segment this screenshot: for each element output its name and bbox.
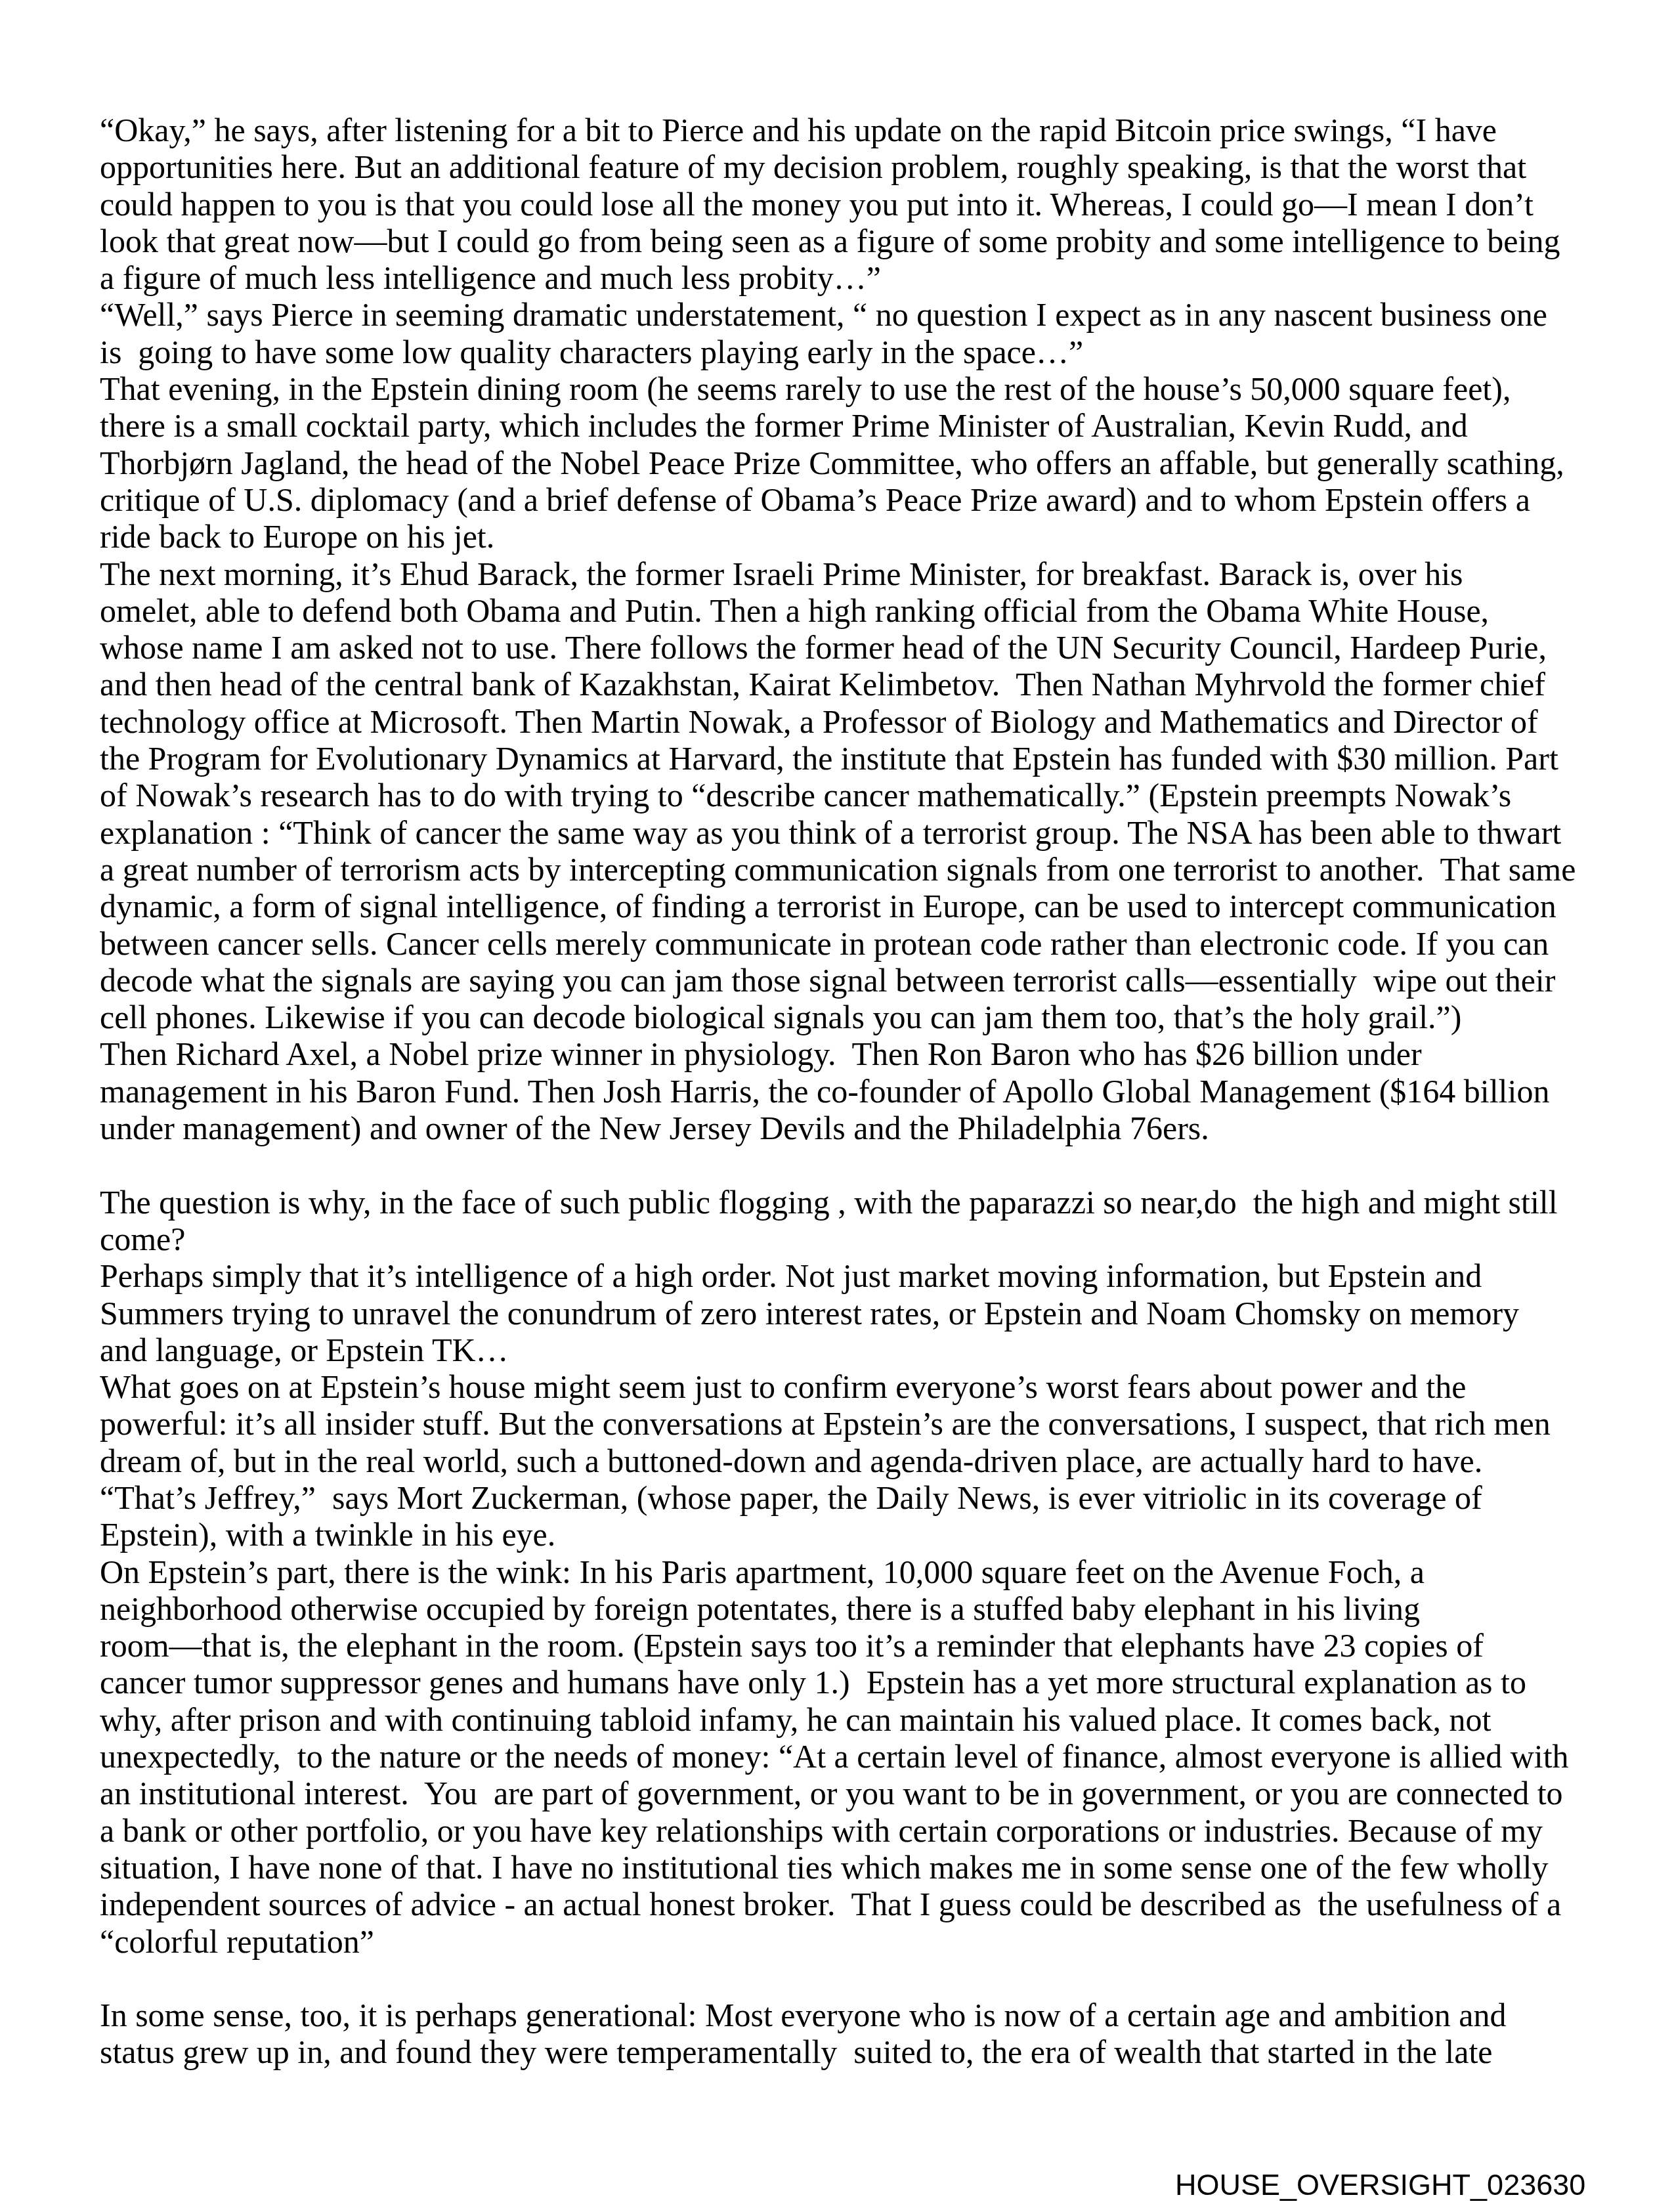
text-line: neighborhood otherwise occupied by forei… (100, 1590, 1610, 1627)
text-line: why, after prison and with continuing ta… (100, 1701, 1610, 1738)
text-line: cancer tumor suppressor genes and humans… (100, 1664, 1610, 1701)
text-line: a bank or other portfolio, or you have k… (100, 1812, 1610, 1849)
paragraph-the-question: The question is why, in the face of such… (100, 1184, 1610, 1258)
text-line: That evening, in the Epstein dining room… (100, 370, 1610, 407)
bates-stamp: HOUSE_OVERSIGHT_023630 (1175, 2169, 1585, 2201)
text-line: situation, I have none of that. I have n… (100, 1849, 1610, 1886)
paragraph-thats-jeffrey: “That’s Jeffrey,” says Mort Zuckerman, (… (100, 1479, 1610, 1553)
text-line: look that great now—but I could go from … (100, 223, 1610, 259)
text-line: is going to have some low quality charac… (100, 334, 1610, 370)
text-line: Perhaps simply that it’s intelligence of… (100, 1257, 1610, 1294)
text-line: critique of U.S. diplomacy (and a brief … (100, 481, 1610, 518)
text-line: and then head of the central bank of Kaz… (100, 666, 1610, 703)
paragraph-on-epsteins-part: On Epstein’s part, there is the wink: In… (100, 1553, 1610, 1960)
text-line: management in his Baron Fund. Then Josh … (100, 1073, 1610, 1110)
text-line: “That’s Jeffrey,” says Mort Zuckerman, (… (100, 1479, 1610, 1516)
text-line: Thorbjørn Jagland, the head of the Nobel… (100, 445, 1610, 481)
text-line: independent sources of advice - an actua… (100, 1886, 1610, 1922)
text-line: The question is why, in the face of such… (100, 1184, 1610, 1221)
paragraph-what-goes-on: What goes on at Epstein’s house might se… (100, 1368, 1610, 1479)
paragraph-richard-axel: Then Richard Axel, a Nobel prize winner … (100, 1035, 1610, 1146)
text-line: Summers trying to unravel the conundrum … (100, 1295, 1610, 1332)
text-line: Then Richard Axel, a Nobel prize winner … (100, 1035, 1610, 1072)
text-line: dream of, but in the real world, such a … (100, 1442, 1610, 1479)
document-body: “Okay,” he says, after listening for a b… (100, 112, 1610, 2071)
text-line: “colorful reputation” (100, 1923, 1610, 1960)
text-line: Epstein), with a twinkle in his eye. (100, 1516, 1610, 1553)
text-line: unexpectedly, to the nature or the needs… (100, 1738, 1610, 1775)
paragraph-well-quote: “Well,” says Pierce in seeming dramatic … (100, 296, 1610, 370)
paragraph-generational: In some sense, too, it is perhaps genera… (100, 1997, 1610, 2071)
text-line: “Okay,” he says, after listening for a b… (100, 112, 1610, 148)
text-line: and language, or Epstein TK… (100, 1332, 1610, 1368)
text-line: status grew up in, and found they were t… (100, 2033, 1610, 2070)
text-line: What goes on at Epstein’s house might se… (100, 1368, 1610, 1405)
text-line: ride back to Europe on his jet. (100, 518, 1610, 555)
text-line: come? (100, 1221, 1610, 1257)
text-line: opportunities here. But an additional fe… (100, 148, 1610, 185)
text-line: a great number of terrorism acts by inte… (100, 851, 1610, 888)
paragraph-spacer (100, 1960, 1610, 1997)
text-line: the Program for Evolutionary Dynamics at… (100, 740, 1610, 777)
text-line: there is a small cocktail party, which i… (100, 407, 1610, 444)
text-line: omelet, able to defend both Obama and Pu… (100, 592, 1610, 629)
paragraph-spacer (100, 1146, 1610, 1183)
text-line: “Well,” says Pierce in seeming dramatic … (100, 296, 1610, 333)
text-line: a figure of much less intelligence and m… (100, 259, 1610, 296)
text-line: On Epstein’s part, there is the wink: In… (100, 1553, 1610, 1590)
paragraph-that-evening: That evening, in the Epstein dining room… (100, 370, 1610, 555)
text-line: could happen to you is that you could lo… (100, 186, 1610, 223)
text-line: room—that is, the elephant in the room. … (100, 1627, 1610, 1664)
text-line: between cancer sells. Cancer cells merel… (100, 925, 1610, 962)
text-line: under management) and owner of the New J… (100, 1110, 1610, 1146)
text-line: of Nowak’s research has to do with tryin… (100, 777, 1610, 813)
text-line: In some sense, too, it is perhaps genera… (100, 1997, 1610, 2033)
text-line: explanation : “Think of cancer the same … (100, 814, 1610, 851)
text-line: dynamic, a form of signal intelligence, … (100, 888, 1610, 924)
paragraph-okay-quote: “Okay,” he says, after listening for a b… (100, 112, 1610, 296)
paragraph-perhaps: Perhaps simply that it’s intelligence of… (100, 1257, 1610, 1368)
text-line: cell phones. Likewise if you can decode … (100, 999, 1610, 1035)
text-line: The next morning, it’s Ehud Barack, the … (100, 555, 1610, 592)
text-line: powerful: it’s all insider stuff. But th… (100, 1405, 1610, 1442)
text-line: an institutional interest. You are part … (100, 1775, 1610, 1811)
text-line: technology office at Microsoft. Then Mar… (100, 703, 1610, 740)
text-line: whose name I am asked not to use. There … (100, 629, 1610, 666)
text-line: decode what the signals are saying you c… (100, 962, 1610, 999)
paragraph-next-morning: The next morning, it’s Ehud Barack, the … (100, 555, 1610, 1036)
